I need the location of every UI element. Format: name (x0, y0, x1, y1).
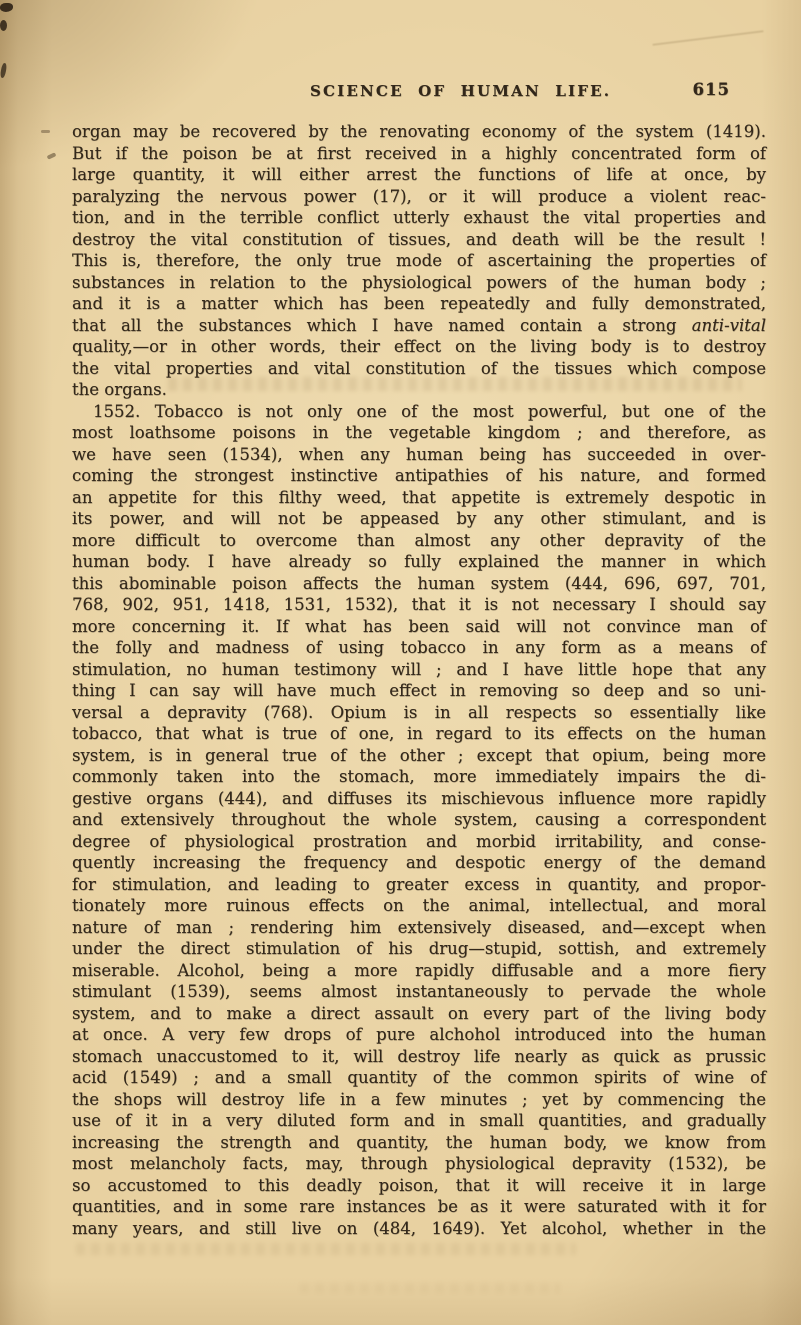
text-line: nature of man ; rendering him extensivel… (72, 917, 766, 939)
text-line: we have seen (1534), when any human bein… (72, 444, 766, 466)
text-line: and extensively throughout the whole sys… (72, 809, 766, 831)
text-line: and it is a matter which has been repeat… (72, 293, 766, 315)
text-line: for stimulation, and leading to greater … (72, 874, 766, 896)
text-line: human body. I have already so fully expl… (72, 551, 766, 573)
text-line: the shops will destroy life in a few min… (72, 1089, 766, 1111)
text-line: thing I can say will have much effect in… (72, 680, 766, 702)
body-text: organ may be recovered by the renovating… (72, 121, 766, 1239)
text-line: substances in relation to the physiologi… (72, 272, 766, 294)
text-line: most melancholy facts, may, through phys… (72, 1153, 766, 1175)
text-line: commonly taken into the stomach, more im… (72, 766, 766, 788)
text-line: This is, therefore, the only true mode o… (72, 250, 766, 272)
text-line: increasing the strength and quantity, th… (72, 1132, 766, 1154)
text-line: many years, and still live on (484, 1649… (72, 1218, 766, 1240)
text-line: large quantity, it will either arrest th… (72, 164, 766, 186)
text-line: gestive organs (444), and diffuses its m… (72, 788, 766, 810)
text-line: tionately more ruinous effects on the an… (72, 895, 766, 917)
text-line: the vital properties and vital constitut… (72, 358, 766, 380)
text-line: most loathsome poisons in the vegetable … (72, 422, 766, 444)
text-line: 768, 902, 951, 1418, 1531, 1532), that i… (72, 594, 766, 616)
text-line: paralyzing the nervous power (17), or it… (72, 186, 766, 208)
text-line: the folly and madness of using tobacco i… (72, 637, 766, 659)
ink-speck (0, 20, 7, 31)
text-line: destroy the vital constitution of tissue… (72, 229, 766, 251)
text-line: an appetite for this filthy weed, that a… (72, 487, 766, 509)
text-line: more concerning it. If what has been sai… (72, 616, 766, 638)
text-line: system, is in general true of the other … (72, 745, 766, 767)
ink-speck (0, 3, 13, 12)
text-line: tion, and in the terrible conflict utter… (72, 207, 766, 229)
text-line: more difficult to overcome than almost a… (72, 530, 766, 552)
text-line: this abominable poison affects the human… (72, 573, 766, 595)
text-line: versal a depravity (768). Opium is in al… (72, 702, 766, 724)
text-line: at once. A very few drops of pure alchoh… (72, 1024, 766, 1046)
text-line: miserable. Alcohol, being a more rapidly… (72, 960, 766, 982)
ink-speck (0, 63, 7, 79)
bleed-through-smudge (76, 1243, 576, 1255)
text-line: system, and to make a direct assault on … (72, 1003, 766, 1025)
text-line: that all the substances which I have nam… (72, 315, 766, 337)
text-line: quantities, and in some rare instances b… (72, 1196, 766, 1218)
text-line: the organs. (72, 379, 766, 401)
text-line: quently increasing the frequency and des… (72, 852, 766, 874)
text-line: under the direct stimulation of his drug… (72, 938, 766, 960)
text-line: acid (1549) ; and a small quantity of th… (72, 1067, 766, 1089)
book-page: SCIENCE OF HUMAN LIFE. 615 organ may be … (0, 0, 801, 1325)
text-line: quality,—or in other words, their effect… (72, 336, 766, 358)
text-line: organ may be recovered by the renovating… (72, 121, 766, 143)
text-line: use of it in a very diluted form and in … (72, 1110, 766, 1132)
text-line: 1552. Tobacco is not only one of the mos… (72, 401, 766, 423)
text-line: stomach unaccustomed to it, will destroy… (72, 1046, 766, 1068)
running-title: SCIENCE OF HUMAN LIFE. (310, 82, 611, 100)
text-line: stimulation, no human testimony will ; a… (72, 659, 766, 681)
text-line: so accustomed to this deadly poison, tha… (72, 1175, 766, 1197)
text-line: coming the strongest instinctive antipat… (72, 465, 766, 487)
text-line: its power, and will not be appeased by a… (72, 508, 766, 530)
page-number: 615 (693, 80, 730, 99)
ink-speck (41, 130, 50, 133)
text-line: tobacco, that what is true of one, in re… (72, 723, 766, 745)
ink-speck (47, 152, 57, 159)
scan-scratch (652, 30, 763, 46)
text-line: stimulant (1539), seems almost instantan… (72, 981, 766, 1003)
text-line: degree of physiological prostration and … (72, 831, 766, 853)
text-line: But if the poison be at first received i… (72, 143, 766, 165)
bleed-through-smudge (300, 1283, 560, 1293)
